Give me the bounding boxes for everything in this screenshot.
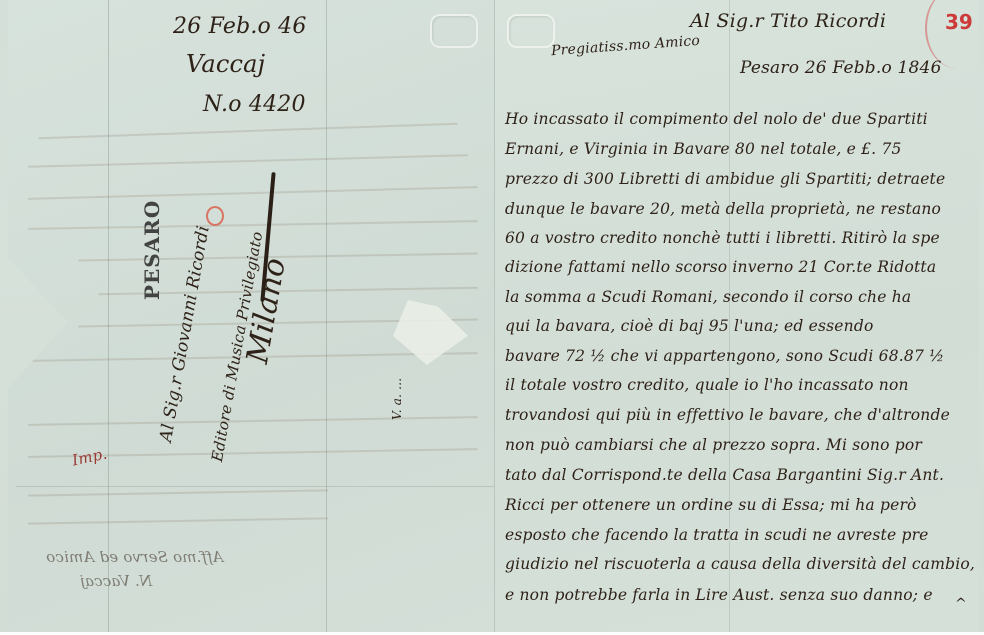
bleed-through-text (28, 517, 328, 524)
continuation-mark: ^ (955, 596, 967, 612)
left-panel-cover: 26 Feb.o 46 Vaccaj N.o 4420 PESARO Al Si… (8, 0, 494, 632)
bleed-through-text (28, 489, 328, 496)
place-date: Pesaro 26 Febb.o 1846 (740, 58, 942, 78)
letter-line: bavare 72 ½ che vi appartengono, sono Sc… (505, 349, 944, 365)
embossed-stamp (507, 14, 555, 48)
red-circle-mark (206, 206, 224, 226)
letter-line: prezzo di 300 Libretti di ambidue gli Sp… (505, 172, 945, 188)
archive-number: 39 (945, 10, 973, 34)
letter-line: Ho incassato il compimento del nolo de' … (505, 112, 928, 128)
right-panel-letter: 39 Al Sig.r Tito Ricordi Pregiatiss.mo A… (494, 0, 979, 632)
letter-line: tato dal Corrispond.te della Casa Bargan… (505, 468, 944, 484)
bleed-through-text (28, 416, 478, 426)
letter-line: dizione fattami nello scorso inverno 21 … (505, 260, 936, 276)
letter-line: non può cambiarsi che al prezzo sopra. M… (505, 438, 922, 454)
reverse-signature: N. Vaccaj (80, 572, 152, 590)
salutation: Pregiatiss.mo Amico (551, 33, 701, 59)
docket-sender: Vaccaj (186, 50, 265, 78)
seal-fragment-text: V. a. ... (390, 378, 404, 420)
letter-line: e non potrebbe farla in Lire Aust. senza… (505, 588, 933, 604)
letter-line: Ricci per ottenere un ordine su di Essa;… (505, 498, 917, 514)
recipient-line: Al Sig.r Tito Ricordi (690, 10, 886, 32)
fold-line (16, 486, 502, 487)
letter-line: il totale vostro credito, quale io l'ho … (505, 378, 909, 394)
letter-line: giudizio nel riscuoterla a causa della d… (505, 557, 975, 573)
red-handstamp: Imp. (71, 445, 109, 470)
fold-line (326, 0, 327, 632)
bleed-through-text (38, 123, 458, 140)
reverse-closing: Aff.mo Servo ed Amico (46, 548, 223, 566)
pesaro-postmark: PESARO (140, 200, 164, 300)
letter-line: la somma a Scudi Romani, secondo il cors… (505, 290, 911, 306)
bleed-through-text (28, 220, 478, 230)
bleed-through-text (28, 186, 478, 200)
letter-line: 60 a vostro credito nonchè tutti i libre… (505, 231, 940, 247)
letter-line: dunque le bavare 20, metà della propriet… (505, 202, 941, 218)
bleed-through-text (28, 154, 468, 168)
fold-line (108, 0, 109, 632)
embossed-stamp (430, 14, 478, 48)
letter-line: trovandosi qui più in effettivo le bavar… (505, 408, 950, 424)
letter-line: esposto che facendo la tratta in scudi n… (505, 528, 929, 544)
letter-scan: 26 Feb.o 46 Vaccaj N.o 4420 PESARO Al Si… (0, 0, 984, 632)
letter-line: Ernani, e Virginia in Bavare 80 nel tota… (505, 142, 902, 158)
docket-number: N.o 4420 (203, 92, 306, 117)
letter-line: qui la bavara, cioè di baj 95 l'una; ed … (505, 319, 874, 335)
docket-date: 26 Feb.o 46 (173, 14, 307, 39)
